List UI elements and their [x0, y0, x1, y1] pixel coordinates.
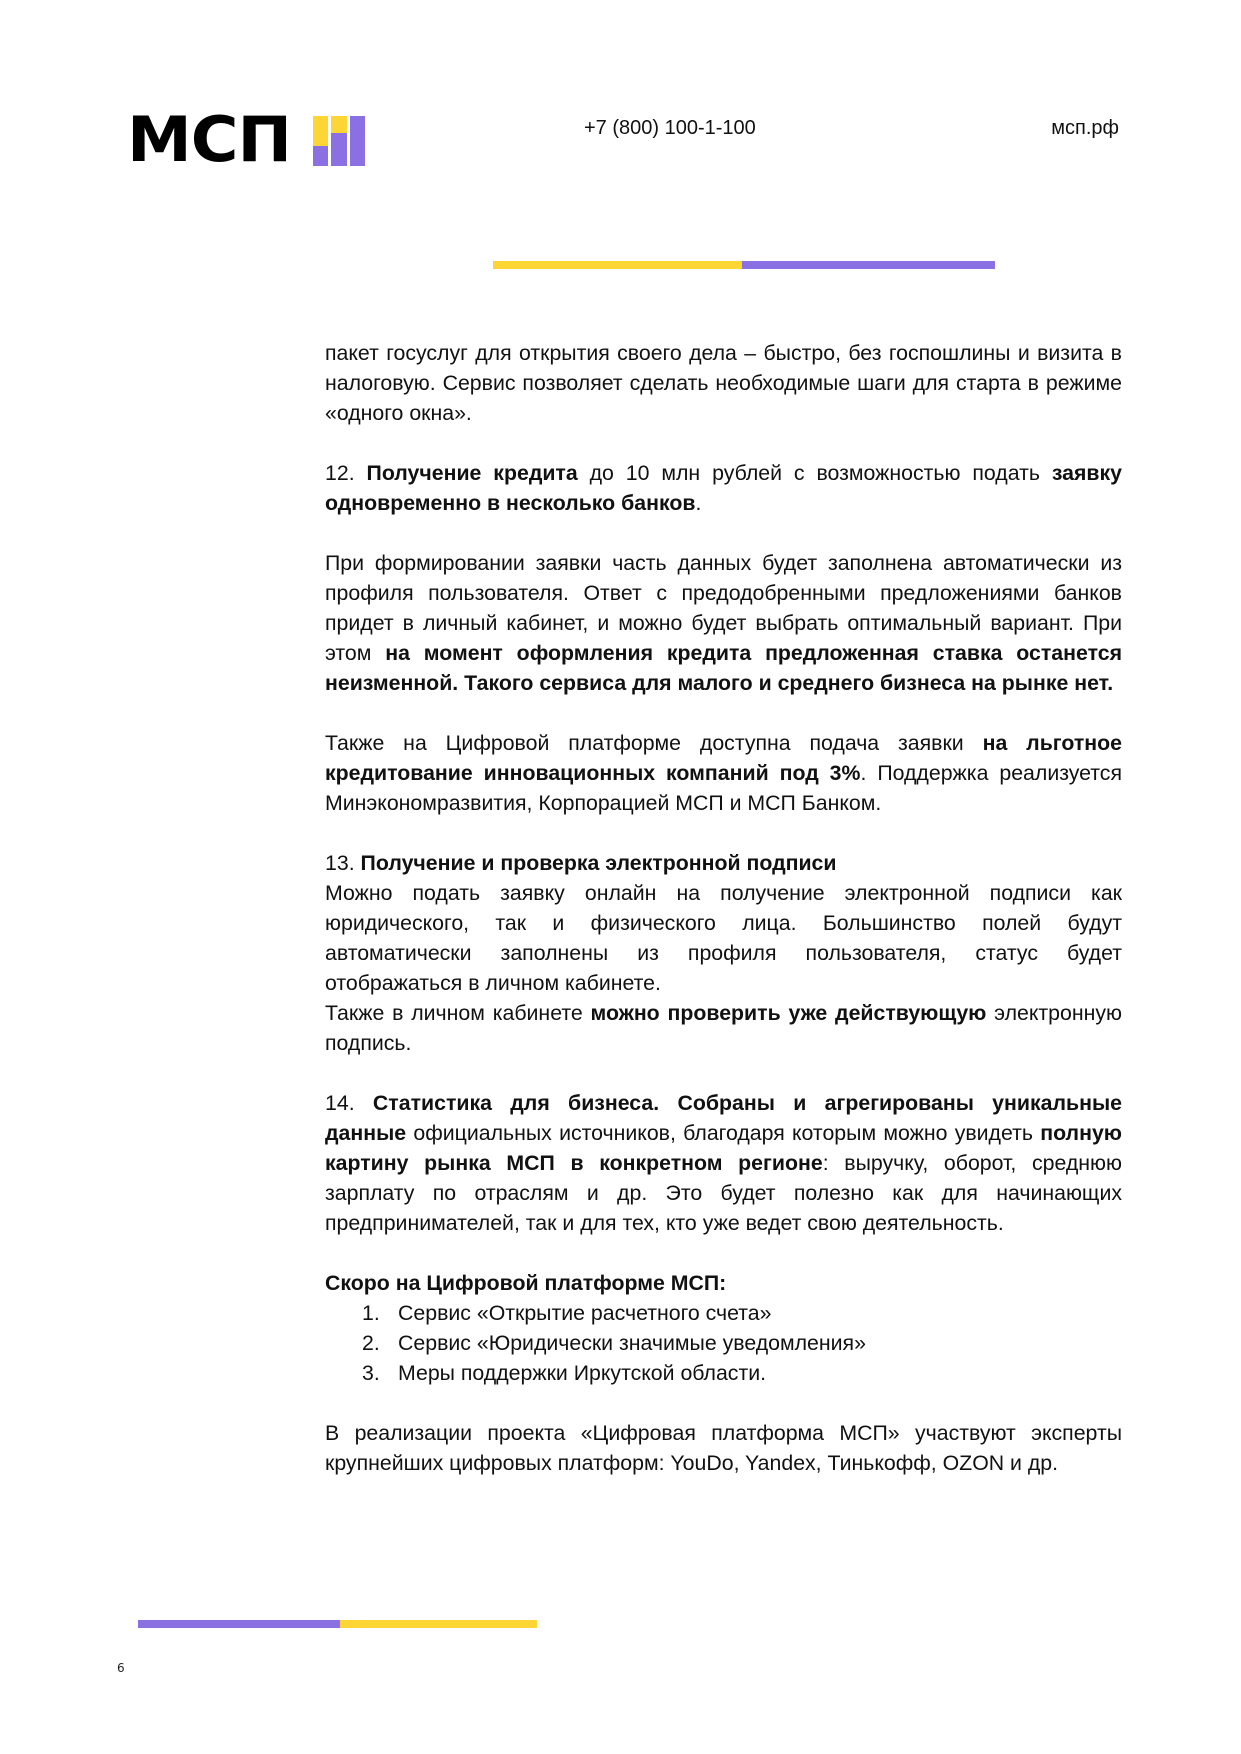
- list-item: 1.Сервис «Открытие расчетного счета»: [325, 1298, 1122, 1328]
- soon-list: 1.Сервис «Открытие расчетного счета» 2.С…: [325, 1298, 1122, 1388]
- soon-heading: Скоро на Цифровой платформе МСП:: [325, 1268, 1122, 1298]
- closing-paragraph: В реализации проекта «Цифровая платформа…: [325, 1418, 1122, 1478]
- item-13-title: Получение и проверка электронной подписи: [361, 851, 837, 875]
- intro-paragraph: пакет госуслуг для открытия своего дела …: [325, 338, 1122, 428]
- innovation-paragraph: Также на Цифровой платформе доступна под…: [325, 728, 1122, 818]
- item-13-heading: 13. Получение и проверка электронной под…: [325, 848, 1122, 878]
- document-body: пакет госуслуг для открытия своего дела …: [325, 338, 1122, 1478]
- logo-wordmark: МСП: [127, 112, 291, 168]
- list-item: 2.Сервис «Юридически значимые уведомлени…: [325, 1328, 1122, 1358]
- msp-logo: МСП: [127, 112, 283, 168]
- footer-divider-bar: [138, 1620, 537, 1628]
- header-phone: +7 (800) 100-1-100: [584, 116, 756, 140]
- header-divider-bar: [493, 261, 995, 269]
- logo-bars-icon: [313, 116, 365, 166]
- header-site: мсп.рф: [1051, 116, 1119, 140]
- item-12-title: Получение кредита: [367, 461, 578, 485]
- item-13-check-paragraph: Также в личном кабинете можно проверить …: [325, 998, 1122, 1058]
- item-14-paragraph: 14. Статистика для бизнеса. Собраны и аг…: [325, 1088, 1122, 1238]
- credit-paragraph: При формировании заявки часть данных буд…: [325, 548, 1122, 698]
- page-number: 6: [117, 1661, 125, 1675]
- item-13-paragraph: Можно подать заявку онлайн на получение …: [325, 878, 1122, 998]
- list-item: 3.Меры поддержки Иркутской области.: [325, 1358, 1122, 1388]
- item-12-paragraph: 12. Получение кредита до 10 млн рублей с…: [325, 458, 1122, 518]
